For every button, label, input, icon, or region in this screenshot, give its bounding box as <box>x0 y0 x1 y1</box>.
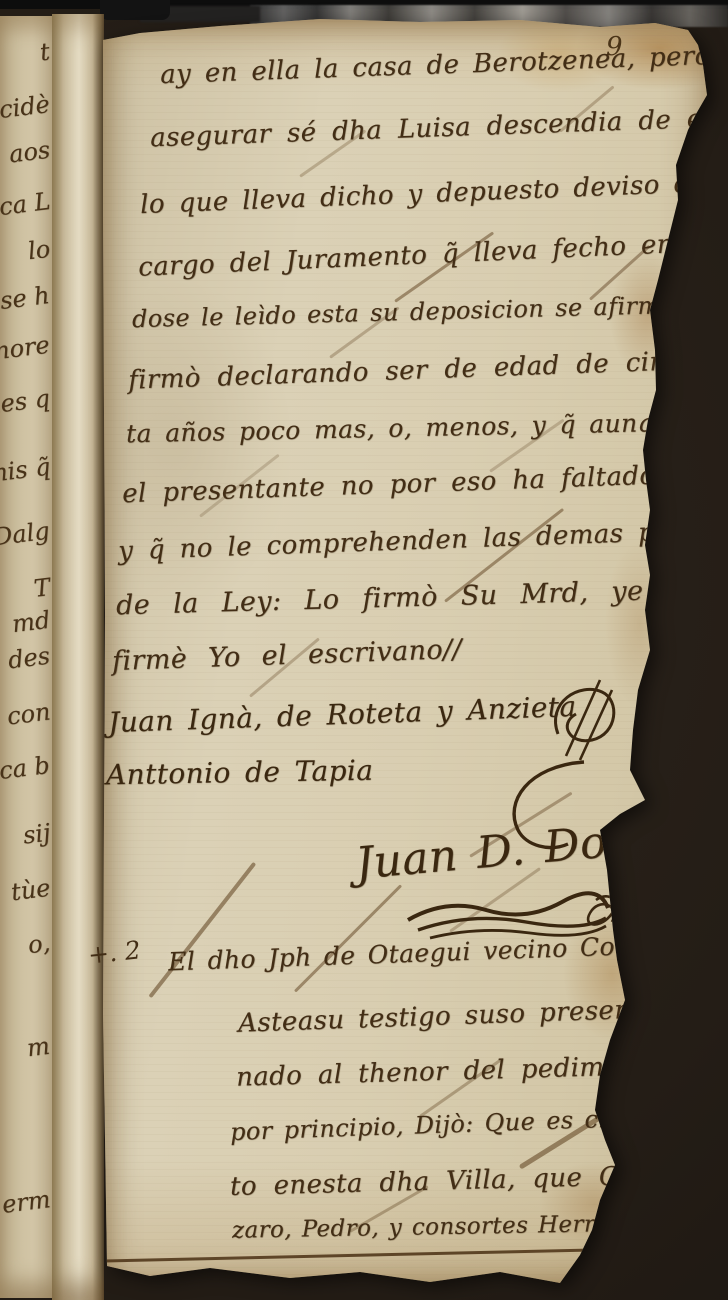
ink-bleed-stroke <box>148 862 256 998</box>
manuscript-line: firmè Yo el escrivano// <box>112 634 463 677</box>
ink-bleed-stroke <box>294 884 402 992</box>
manuscript-page: 9 ay en ella la casa de Berotzenea, pero… <box>0 0 728 1300</box>
manuscript-line: nado al thenor del pedimento de <box>236 1049 713 1092</box>
manuscript-line: ay en ella la casa de Berotzenea, pero q… <box>160 40 728 90</box>
signature-tapia: Anttonio de Tapia <box>106 754 374 792</box>
manuscript-line: zaro, Pedro, y consortes Hermanos <box>232 1210 662 1243</box>
manuscript-line: y q̃ no le comprehenden las demas pregu <box>118 516 719 567</box>
manuscript-line: el presentante no por eso ha faltado <box>122 461 656 510</box>
paper-sheet: 9 ay en ella la casa de Berotzenea, pero… <box>100 14 728 1300</box>
manuscript-line: dose le leìdo esta su deposicion se afir… <box>132 291 684 333</box>
manuscript-line: firmò declarando ser de edad de cinq̃ <box>128 346 684 395</box>
manuscript-line: lo que lleva dicho y depuesto deviso es … <box>140 166 728 220</box>
bottom-rule <box>102 1248 594 1262</box>
manuscript-line: ta años poco mas, o, menos, y q̃ aunque … <box>126 407 728 449</box>
manuscript-scan: t cidè aos ca L lo se h nore nes q nis q… <box>0 0 728 1300</box>
signature-rubric-roteta <box>540 676 620 762</box>
manuscript-line: de la Ley: Lo firmò Su Mrd, ye <box>116 576 644 622</box>
signature-roteta: Juan Ignà, de Roteta y Anzieta <box>108 690 577 739</box>
manuscript-line: asegurar sé dha Luisa descendia de ella. <box>150 103 728 154</box>
margin-mark: +. 2 <box>87 935 142 969</box>
manuscript-line: Asteasu testigo suso presentado, Ju <box>238 991 728 1039</box>
manuscript-line: to enesta dha Villa, que Geronì <box>230 1160 691 1202</box>
manuscript-line: por principio, Dijò: Que es cierto, p <box>230 1102 693 1146</box>
